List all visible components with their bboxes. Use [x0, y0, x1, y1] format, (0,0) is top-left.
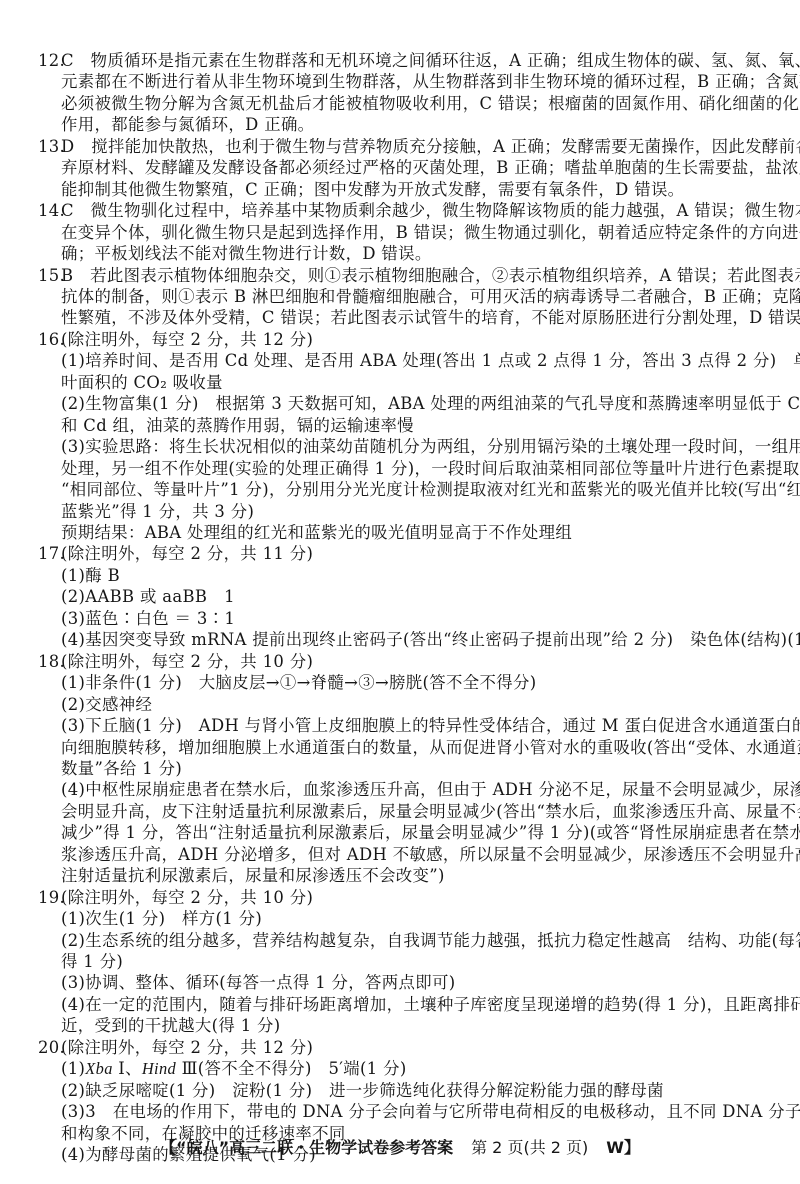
answer-line: (2)生态系统的组分越多，营养结构越复杂，自我调节能力越强，抵抗力稳定性越高 结… [38, 930, 778, 951]
scoring-note: (除注明外，每空 2 分，共 12 分) [61, 329, 313, 350]
question-12: 12.C 物质循环是指元素在生物群落和无机环境之间循环往返，A 正确；组成生物体… [38, 50, 778, 136]
enzyme-name-italic: Xba [85, 1059, 112, 1078]
answer-line: B 若此图表示植物体细胞杂交，则①表示植物细胞融合，②表示植物组织培养，A 错误… [61, 265, 800, 286]
question-number: 15. [38, 265, 61, 286]
enzyme-numeral-and-note: Ⅲ(答不全不得分) 5′端(1 分) [176, 1059, 407, 1078]
answer-line: 减少”得 1 分，答出“注射适量抗利尿激素后，尿量会明显减少”得 1 分)(或答… [38, 822, 778, 843]
scoring-note: (除注明外，每空 2 分，共 10 分) [61, 887, 313, 908]
answer-line: “相同部位、等量叶片”1 分)，分别用分光光度计检测提取液对红光和蓝紫光的吸光值… [38, 479, 778, 500]
question-14: 14.C 微生物驯化过程中，培养基中某物质剩余越少，微生物降解该物质的能力越强，… [38, 200, 778, 264]
answer-line: 在变异个体，驯化微生物只是起到选择作用，B 错误；微生物通过驯化，朝着适应特定条… [38, 222, 778, 243]
answer-line: (3)下丘脑(1 分) ADH 与肾小管上皮细胞膜上的特异性受体结合，通过 M … [38, 715, 778, 736]
question-number: 12. [38, 50, 61, 71]
answer-line: 蓝紫光”得 1 分，共 3 分) [38, 501, 778, 522]
answer-line: (2)缺乏尿嘧啶(1 分) 淀粉(1 分) 进一步筛选纯化获得分解淀粉能力强的酵… [38, 1080, 778, 1101]
answer-line: 得 1 分) [38, 951, 778, 972]
answer-line: 能抑制其他微生物繁殖，C 正确；图中发酵为开放式发酵，需要有氧条件，D 错误。 [38, 179, 778, 200]
enzyme-numeral: Ⅰ、 [113, 1059, 142, 1078]
answer-line: D 搅拌能加快散热，也利于微生物与营养物质充分接触，A 正确；发酵需要无菌操作，… [61, 136, 800, 157]
answer-line: 确；平板划线法不能对微生物进行计数，D 错误。 [38, 243, 778, 264]
question-13: 13.D 搅拌能加快散热，也利于微生物与营养物质充分接触，A 正确；发酵需要无菌… [38, 136, 778, 200]
answer-line: 作用，都能参与氮循环，D 正确。 [38, 114, 778, 135]
answer-line: (2)AABB 或 aaBB 1 [38, 586, 778, 607]
question-15: 15.B 若此图表示植物体细胞杂交，则①表示植物细胞融合，②表示植物组织培养，A… [38, 265, 778, 329]
answer-line: (1)非条件(1 分) 大脑皮层→①→脊髓→③→膀胱(答不全不得分) [38, 672, 778, 693]
answer-line: 预期结果：ABA 处理组的红光和蓝紫光的吸光值明显高于不作处理组 [38, 522, 778, 543]
footer-version: W】 [606, 1138, 640, 1157]
answer-line: (1)次生(1 分) 样方(1 分) [38, 908, 778, 929]
answer-line: (3)实验思路：将生长状况相似的油菜幼苗随机分为两组，分别用镉污染的土壤处理一段… [38, 436, 778, 457]
sub-label: (1) [61, 1059, 85, 1078]
scoring-note: (除注明外，每空 2 分，共 10 分) [61, 651, 313, 672]
question-number: 14. [38, 200, 61, 221]
answer-line: 弃原材料、发酵罐及发酵设备都必须经过严格的灭菌处理，B 正确；嗜盐单胞菌的生长需… [38, 157, 778, 178]
footer-page-number: 第 2 页(共 2 页) [471, 1138, 588, 1157]
answer-line: (1)培养时间、是否用 Cd 处理、是否用 ABA 处理(答出 1 点或 2 点… [38, 350, 778, 371]
answer-line: 叶面积的 CO₂ 吸收量 [38, 372, 778, 393]
answer-line: (3)3 在电场的作用下，带电的 DNA 分子会向着与它所带电荷相反的电极移动，… [38, 1101, 778, 1122]
answer-line: C 物质循环是指元素在生物群落和无机环境之间循环往返，A 正确；组成生物体的碳、… [61, 50, 800, 71]
answer-line: 必须被微生物分解为含氮无机盐后才能被植物吸收利用，C 错误；根瘤菌的固氮作用、硝… [38, 93, 778, 114]
question-number: 16. [38, 329, 61, 350]
question-number: 19. [38, 887, 61, 908]
answer-line: (2)生物富集(1 分) 根据第 3 天数据可知，ABA 处理的两组油菜的气孔导… [38, 393, 778, 414]
question-16: 16.(除注明外，每空 2 分，共 12 分) (1)培养时间、是否用 Cd 处… [38, 329, 778, 544]
answer-line: (4)基因突变导致 mRNA 提前出现终止密码子(答出“终止密码子提前出现”给 … [38, 629, 778, 650]
scoring-note: (除注明外，每空 2 分，共 12 分) [61, 1037, 313, 1058]
answer-line-enzymes: (1)Xba Ⅰ、Hind Ⅲ(答不全不得分) 5′端(1 分) [38, 1058, 778, 1079]
question-number: 20. [38, 1037, 61, 1058]
answer-line: 会明显升高，皮下注射适量抗利尿激素后，尿量会明显减少(答出“禁水后，血浆渗透压升… [38, 801, 778, 822]
page-footer: 【“皖八”高三二联・生物学试卷参考答案第 2 页(共 2 页)W】 [0, 1135, 800, 1158]
question-number: 17. [38, 543, 61, 564]
answer-line: 抗体的制备，则①表示 B 淋巴细胞和骨髓瘤细胞融合，可用灭活的病毒诱导二者融合，… [38, 286, 778, 307]
answer-key-page: 12.C 物质循环是指元素在生物群落和无机环境之间循环往返，A 正确；组成生物体… [38, 50, 778, 1166]
question-17: 17.(除注明外，每空 2 分，共 11 分) (1)酶 B (2)AABB 或… [38, 543, 778, 650]
scoring-note: (除注明外，每空 2 分，共 11 分) [61, 543, 313, 564]
answer-line: 和 Cd 组，油菜的蒸腾作用弱，镉的运输速率慢 [38, 415, 778, 436]
answer-line: 数量”各给 1 分) [38, 758, 778, 779]
answer-line: (2)交感神经 [38, 694, 778, 715]
answer-line: 性繁殖，不涉及体外受精，C 错误；若此图表示试管牛的培育，不能对原肠胚进行分割处… [38, 307, 778, 328]
answer-line: (3)协调、整体、循环(每答一点得 1 分，答两点即可) [38, 972, 778, 993]
question-18: 18.(除注明外，每空 2 分，共 10 分) (1)非条件(1 分) 大脑皮层… [38, 651, 778, 887]
answer-line: 近，受到的干扰越大(得 1 分) [38, 1015, 778, 1036]
answer-line: C 微生物驯化过程中，培养基中某物质剩余越少，微生物降解该物质的能力越强，A 错… [61, 200, 800, 221]
answer-line: (3)蓝色∶白色 ＝ 3∶1 [38, 608, 778, 629]
question-19: 19.(除注明外，每空 2 分，共 10 分) (1)次生(1 分) 样方(1 … [38, 887, 778, 1037]
question-number: 13. [38, 136, 61, 157]
enzyme-name-italic: Hind [142, 1059, 176, 1078]
answer-line: 向细胞膜转移，增加细胞膜上水通道蛋白的数量，从而促进肾小管对水的重吸收(答出“受… [38, 737, 778, 758]
answer-line: 处理，另一组不作处理(实验的处理正确得 1 分)，一段时间后取油菜相同部位等量叶… [38, 458, 778, 479]
answer-line: 注射适量抗利尿激素后，尿量和尿渗透压不会改变”) [38, 865, 778, 886]
answer-line: (4)中枢性尿崩症患者在禁水后，血浆渗透压升高，但由于 ADH 分泌不足，尿量不… [38, 779, 778, 800]
answer-line: (1)酶 B [38, 565, 778, 586]
answer-line: (4)在一定的范围内，随着与排矸场距离增加，土壤种子库密度呈现递增的趋势(得 1… [38, 994, 778, 1015]
footer-title: 【“皖八”高三二联・生物学试卷参考答案 [160, 1138, 453, 1157]
question-number: 18. [38, 651, 61, 672]
answer-line: 浆渗透压升高，ADH 分泌增多，但对 ADH 不敏感，所以尿量不会明显减少，尿渗… [38, 844, 778, 865]
answer-line: 元素都在不断进行着从非生物环境到生物群落，从生物群落到非生物环境的循环过程，B … [38, 71, 778, 92]
